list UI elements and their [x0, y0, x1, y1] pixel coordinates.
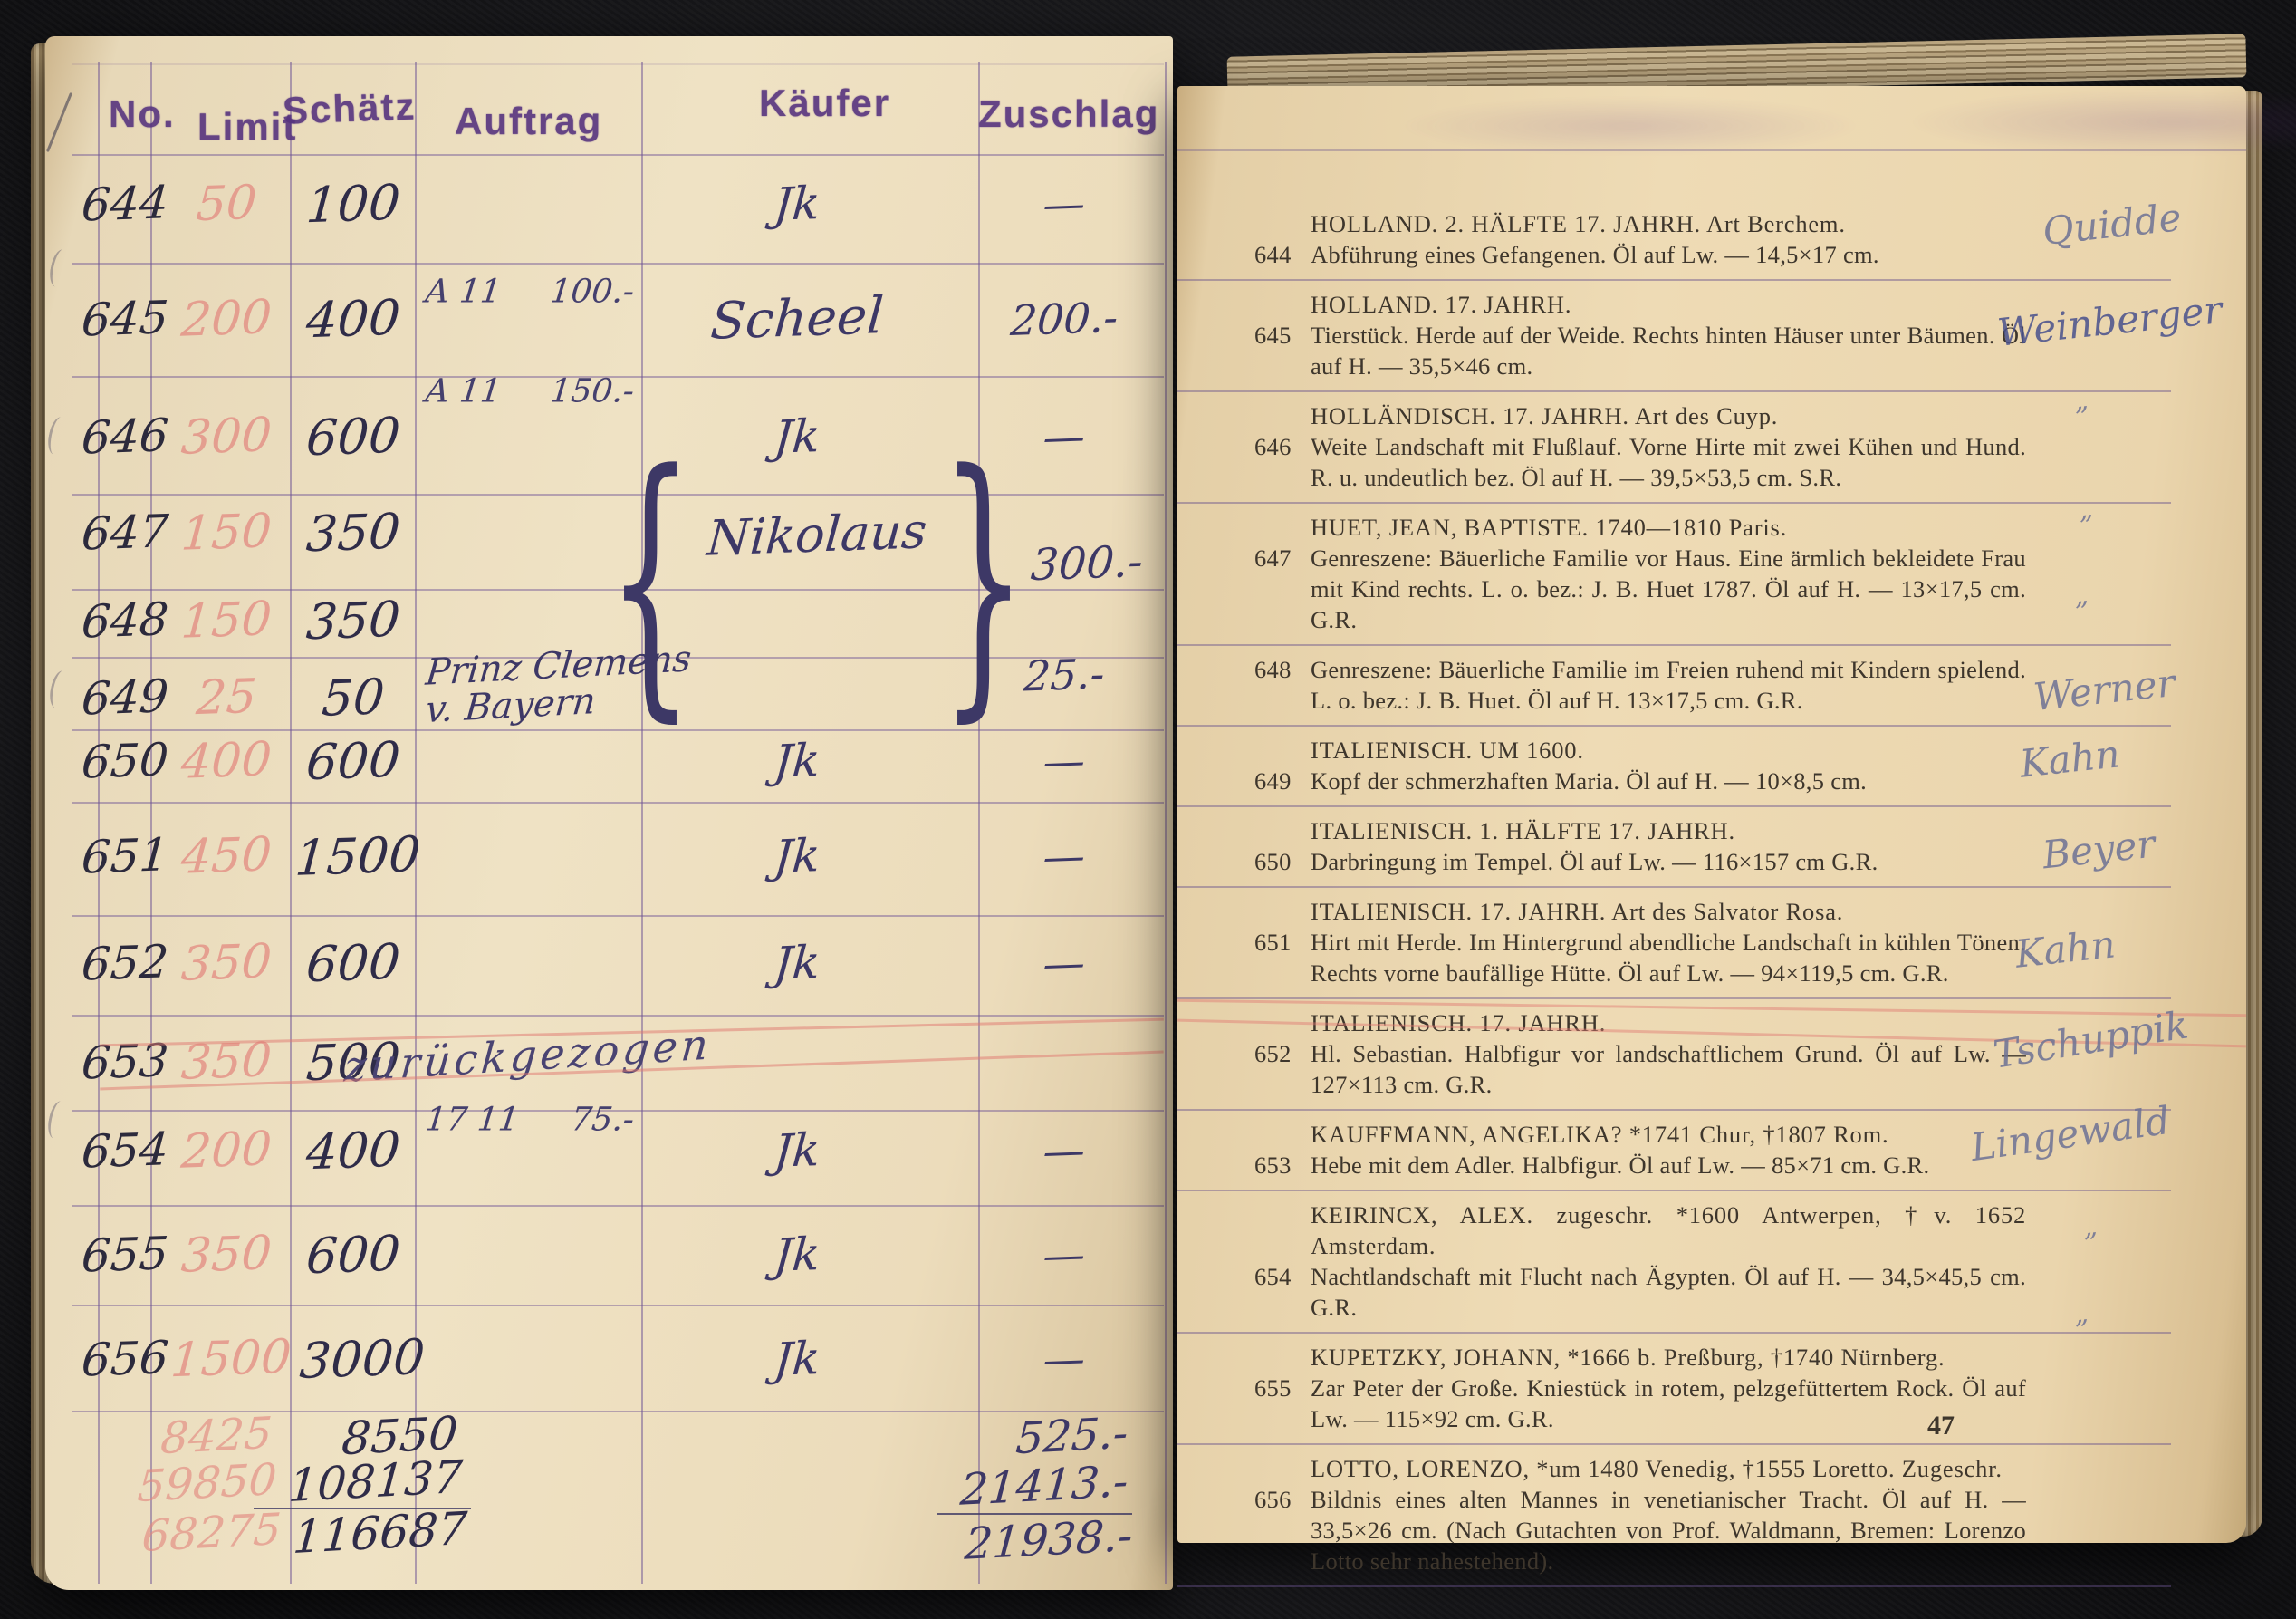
hammer-price-group: 300.-: [1029, 536, 1144, 591]
estimate-total-3: 116687: [292, 1502, 469, 1564]
order-code: A 11: [424, 373, 504, 410]
auction-ledger-spread: No. Limit Schätz Auftrag Käufer Zuschlag…: [0, 0, 2296, 1619]
limit-value: 400: [179, 732, 274, 789]
catalog-entry: 648Genreszene: Bäuerliche Familie im Fre…: [1254, 646, 2026, 727]
ledger-page-left: No. Limit Schätz Auftrag Käufer Zuschlag…: [45, 36, 1173, 1590]
limit-value: 50: [195, 176, 259, 232]
hammer-total-2: 21413.-: [958, 1456, 1129, 1516]
limit-value: 350: [179, 934, 274, 991]
buyer-value: Jk: [773, 1332, 822, 1386]
margin-squiggle: [45, 415, 70, 456]
artist-heading: ITALIENISCH. 1. HÄLFTE 17. JAHRH.: [1254, 815, 2026, 846]
buyer-value: Jk: [773, 1123, 822, 1178]
lot-number: 646: [80, 409, 170, 464]
lot-number: 652: [1254, 1038, 1292, 1069]
hammer-price: —: [1042, 1229, 1087, 1280]
order-amount: 100.-: [549, 274, 637, 311]
lot-description: Nachtlandschaft mit Flucht nach Ägypten.…: [1311, 1263, 2026, 1321]
lot-number: 650: [1254, 846, 1292, 877]
limit-value: 25: [195, 670, 259, 726]
buyer-annotation: Beyer: [2041, 822, 2157, 878]
catalog-entry: HOLLAND. 17. JAHRH. 645Tierstück. Herde …: [1254, 281, 2026, 392]
catalog-page-right: HOLLAND. 2. HÄLFTE 17. JAHRH. Art Berche…: [1177, 86, 2246, 1543]
estimate-value: 600: [304, 933, 402, 994]
lot-description: Hebe mit dem Adler. Halbfigur. Öl auf Lw…: [1311, 1152, 1929, 1179]
margin-squiggle: [45, 1099, 70, 1140]
limit-value: 150: [179, 592, 274, 649]
catalog-entry: ITALIENISCH. 1. HÄLFTE 17. JAHRH. 650Dar…: [1254, 807, 2026, 888]
lot-number: 654: [1254, 1261, 1292, 1292]
catalog-entry: KEIRINCX, ALEX. zugeschr. *1600 Antwerpe…: [1254, 1191, 2026, 1334]
lot-number: 650: [80, 733, 170, 788]
buyer-annotation: Quidde: [2041, 195, 2184, 254]
limit-value: 150: [179, 504, 274, 561]
margin-pen-mark: [46, 92, 72, 152]
buyer-annotation: Werner: [2032, 660, 2177, 719]
artist-heading: KEIRINCX, ALEX. zugeschr. *1600 Antwerpe…: [1254, 1200, 2026, 1261]
hammer-price: —: [1042, 1125, 1087, 1176]
estimate-value: 400: [304, 289, 402, 350]
limit-value: 200: [179, 1122, 274, 1179]
hammer-price: —: [1042, 1334, 1087, 1384]
hammer-price: 25.-: [1023, 649, 1107, 700]
buyer-annotation-ditto: „: [2072, 579, 2089, 612]
lot-description: Weite Landschaft mit Flußlauf. Vorne Hir…: [1311, 433, 2026, 491]
page-number: 47: [1927, 1411, 1955, 1441]
lot-number: 645: [80, 291, 170, 346]
lot-number: 652: [80, 935, 170, 990]
lot-number: 654: [80, 1123, 170, 1178]
column-header-zuschlag: Zuschlag: [978, 92, 1159, 136]
limit-value: 200: [179, 290, 274, 347]
artist-heading: LOTTO, LORENZO, *um 1480 Venedig, †1555 …: [1254, 1453, 2026, 1484]
lot-number: 655: [1254, 1373, 1292, 1403]
hammer-price: —: [1042, 831, 1087, 882]
buyer-value: Jk: [773, 734, 822, 788]
estimate-value: 400: [304, 1121, 402, 1181]
hammer-price: —: [1042, 736, 1087, 786]
lot-description: Hirt mit Herde. Im Hintergrund abendlich…: [1311, 929, 2026, 987]
lot-description: Tierstück. Herde auf der Weide. Rechts h…: [1311, 322, 2026, 380]
lot-number: 649: [1254, 766, 1292, 796]
artist-heading: HOLLÄNDISCH. 17. JAHRH. Art des Cuyp.: [1254, 400, 2026, 431]
buyer-value: Jk: [773, 1228, 822, 1282]
estimate-value: 600: [304, 407, 402, 467]
lot-description: Abführung eines Gefangenen. Öl auf Lw. —…: [1311, 241, 1879, 268]
order-code: 17 11: [424, 1102, 521, 1139]
buyer-annotation-ditto: „: [2081, 1210, 2099, 1243]
margin-squiggle: [47, 247, 72, 288]
order-amount: 150.-: [549, 373, 637, 410]
buyer-value: Jk: [773, 410, 822, 464]
catalog-entry: KAUFFMANN, ANGELIKA? *1741 Chur, †1807 R…: [1254, 1111, 2026, 1191]
estimate-value: 600: [304, 1225, 402, 1286]
artist-heading: KUPETZKY, JOHANN, *1666 b. Preßburg, †17…: [1254, 1342, 2026, 1373]
catalog-entry: HOLLÄNDISCH. 17. JAHRH. Art des Cuyp. 64…: [1254, 392, 2026, 504]
column-header-auftrag: Auftrag: [455, 100, 602, 143]
buyer-value-group: Nikolaus: [706, 502, 929, 566]
ink-smudge: [1902, 90, 2296, 155]
lot-description: Genreszene: Bäuerliche Familie im Freien…: [1311, 656, 2026, 714]
estimate-value: 350: [304, 503, 402, 564]
hammer-total-1: 525.-: [1014, 1408, 1130, 1464]
artist-heading: ITALIENISCH. UM 1600.: [1254, 735, 2026, 766]
lot-number: 644: [1254, 239, 1292, 270]
catalog-entry: HOLLAND. 2. HÄLFTE 17. JAHRH. Art Berche…: [1254, 200, 2026, 281]
catalog-entry: ITALIENISCH. UM 1600. 649Kopf der schmer…: [1254, 727, 2026, 807]
artist-heading: HOLLAND. 2. HÄLFTE 17. JAHRH. Art Berche…: [1254, 208, 2026, 239]
lot-number: 656: [80, 1331, 170, 1386]
estimate-value: 50: [320, 668, 386, 727]
catalog-entry: HUET, JEAN, BAPTISTE. 1740—1810 Paris. 6…: [1254, 504, 2026, 646]
estimate-value: 100: [304, 174, 402, 235]
lot-number: 644: [80, 176, 170, 231]
catalog-entry: KUPETZKY, JOHANN, *1666 b. Preßburg, †17…: [1254, 1334, 2026, 1445]
margin-squiggle: [47, 669, 72, 709]
artist-heading: KAUFFMANN, ANGELIKA? *1741 Chur, †1807 R…: [1254, 1119, 2026, 1150]
catalog-entry: ITALIENISCH. 17. JAHRH. 652Hl. Sebastian…: [1254, 999, 2026, 1111]
estimate-value: 3000: [298, 1328, 427, 1390]
buyer-annotation: Weinberger: [1995, 287, 2224, 355]
limit-value: 1500: [169, 1330, 293, 1389]
limit-total-3: 68275: [140, 1504, 283, 1562]
artist-heading: HUET, JEAN, BAPTISTE. 1740—1810 Paris.: [1254, 512, 2026, 543]
left-brace: {: [607, 414, 693, 746]
hammer-price: —: [1042, 411, 1087, 462]
estimate-total-2: 108137: [287, 1450, 465, 1512]
catalog-entry: LOTTO, LORENZO, *um 1480 Venedig, †1555 …: [1254, 1445, 2026, 1587]
lot-description: Bildnis eines alten Mannes in venetianis…: [1311, 1486, 2026, 1575]
top-rule: [1177, 149, 2246, 151]
buyer-value: Jk: [773, 829, 822, 883]
column-header-schaetz: Schätz: [282, 84, 417, 132]
lot-number: 647: [80, 505, 170, 560]
lot-number: 651: [80, 828, 170, 883]
lot-number: 646: [1254, 431, 1292, 462]
catalog-entries: HOLLAND. 2. HÄLFTE 17. JAHRH. Art Berche…: [1254, 200, 2026, 1587]
buyer-value: Jk: [773, 936, 822, 990]
buyer-annotation-ditto: „: [2072, 384, 2089, 417]
lot-description: Kopf der schmerzhaften Maria. Öl auf H. …: [1311, 767, 1867, 795]
lot-number: 647: [1254, 543, 1292, 573]
buyer-annotation-ditto: „: [2077, 493, 2094, 525]
ink-smudge: [1395, 97, 1866, 155]
hammer-price: —: [1042, 178, 1087, 229]
artist-heading: ITALIENISCH. 17. JAHRH. Art des Salvator…: [1254, 896, 2026, 927]
buyer-annotation: Kahn: [2013, 921, 2118, 976]
lot-number: 648: [1254, 654, 1292, 685]
column-header-kaeufer: Käufer: [759, 82, 890, 125]
buyer-annotation-ditto: „: [2072, 1297, 2089, 1330]
buyer-value: Jk: [773, 177, 822, 231]
hammer-price: 200.-: [1009, 293, 1119, 345]
column-header-no: No.: [109, 92, 176, 136]
limit-value: 450: [179, 827, 274, 884]
right-brace: }: [940, 414, 1026, 746]
lot-description: Genreszene: Bäuerliche Familie vor Haus.…: [1311, 544, 2026, 633]
order-code: A 11: [424, 274, 504, 311]
buyer-value-line2: v. Bayern: [424, 680, 597, 731]
estimate-value: 350: [304, 591, 402, 651]
lot-description: Hl. Sebastian. Halbfigur vor landschaftl…: [1311, 1040, 2026, 1098]
lot-number: 655: [80, 1227, 170, 1282]
order-amount: 75.-: [569, 1102, 636, 1139]
lot-number: 648: [80, 593, 170, 648]
limit-value: 300: [179, 408, 274, 465]
lot-description: Darbringung im Tempel. Öl auf Lw. — 116×…: [1311, 848, 1878, 875]
lot-number: 645: [1254, 320, 1292, 351]
limit-value: 350: [179, 1226, 274, 1283]
hammer-price: —: [1042, 938, 1087, 988]
lot-description: Zar Peter der Große. Kniestück in rotem,…: [1311, 1374, 2026, 1432]
estimate-value: 1500: [293, 825, 422, 887]
artist-heading: HOLLAND. 17. JAHRH.: [1254, 289, 2026, 320]
catalog-entry: ITALIENISCH. 17. JAHRH. Art des Salvator…: [1254, 888, 2026, 999]
lot-number: 653: [1254, 1150, 1292, 1181]
lot-number: 651: [1254, 927, 1292, 958]
lot-number: 656: [1254, 1484, 1292, 1515]
hammer-total-3: 21938.-: [963, 1510, 1134, 1570]
buyer-annotation: Kahn: [2018, 731, 2122, 785]
buyer-value: Scheel: [708, 286, 885, 352]
lot-number: 649: [80, 670, 170, 725]
estimate-value: 600: [304, 731, 402, 792]
limit-total-2: 59850: [136, 1454, 278, 1512]
